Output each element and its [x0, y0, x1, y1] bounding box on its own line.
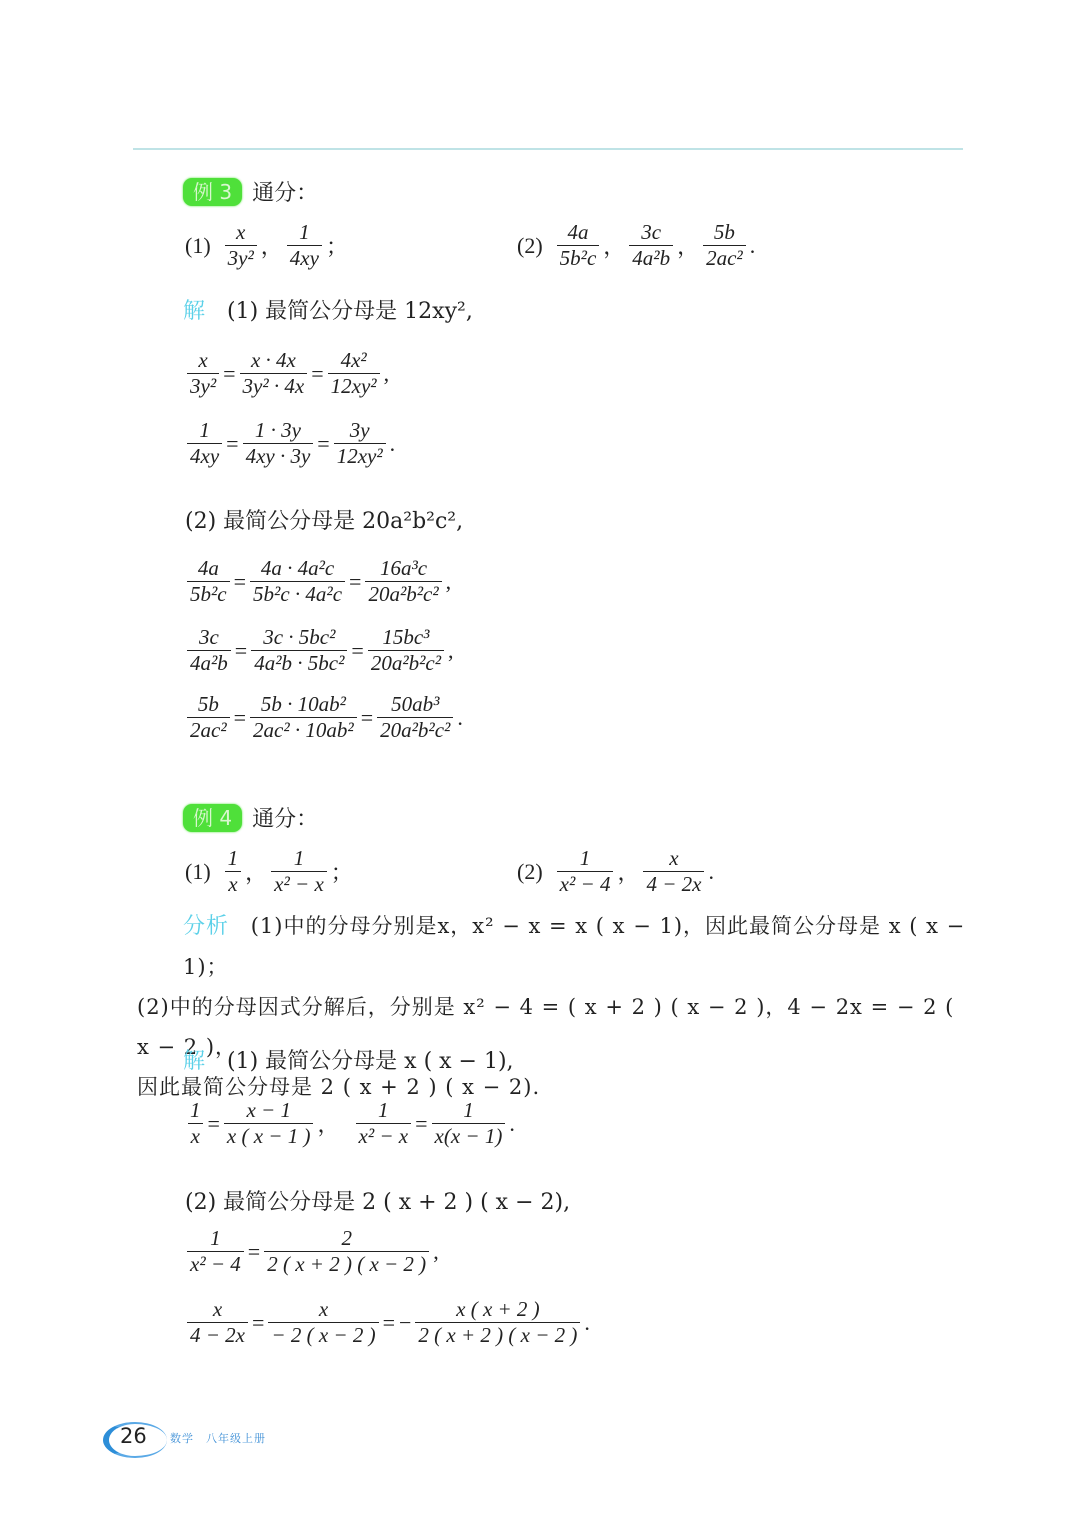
analysis-paragraph: 分析 (1)中的分母分别是x，x² − x = x ( x − 1)，因此最简公… [137, 906, 967, 1107]
example3-heading: 例 3 通分： [183, 176, 318, 207]
example3-solution2-intro: (2) 最简公分母是 20a²b²c², [185, 504, 463, 535]
example4-part2: (2) 1x² − 4 ， x4 − 2x . [515, 846, 716, 897]
example-title: 通分： [252, 802, 318, 833]
equation: 4a5b²c = 4a · 4a²c5b²c · 4a²c = 16a³c20a… [185, 556, 453, 607]
analysis-label: 分析 [183, 914, 229, 939]
fraction: 3c4a²b [629, 220, 673, 271]
example-badge: 例 3 [183, 178, 242, 206]
part-label: (1) [185, 233, 211, 259]
example3-part2: (2) 4a5b²c ， 3c4a²b ， 5b2ac² . [515, 220, 757, 271]
part-label: (2) [517, 233, 543, 259]
equation: 1x² − 4 = 22 ( x + 2 ) ( x − 2 ) , [185, 1226, 441, 1277]
part-label: (1) [185, 859, 211, 885]
example4-part1: (1) 1x ， 1x² − x ； [183, 846, 355, 897]
solution-label: 解 [183, 294, 205, 325]
fraction: 5b2ac² [703, 220, 746, 271]
example3-solution1-intro: 解 (1) 最简公分母是 12xy², [183, 294, 473, 325]
solution-text: (2) 最简公分母是 2 ( x + 2 ) ( x − 2), [185, 1185, 570, 1216]
example4-heading: 例 4 通分： [183, 802, 318, 833]
fraction: x3y² [225, 220, 257, 271]
example-title: 通分： [252, 176, 318, 207]
fraction: 14xy [287, 220, 322, 271]
solution-text: (2) 最简公分母是 20a²b²c², [185, 504, 463, 535]
page-number: 26 [120, 1424, 147, 1448]
solution-text: (1) 最简公分母是 12xy², [227, 294, 473, 325]
example-badge: 例 4 [183, 804, 242, 832]
equation: 1x = x − 1x ( x − 1 ) ， 1x² − x = 1x(x −… [185, 1098, 517, 1149]
equation: x3y² = x · 4x3y² · 4x = 4x²12xy² , [185, 348, 391, 399]
solution-text: (1) 最简公分母是 x ( x − 1), [227, 1044, 514, 1075]
book-title: 数学 八年级上册 [170, 1430, 266, 1446]
equation: x4 − 2x = x− 2 ( x − 2 ) = − x ( x + 2 )… [185, 1297, 592, 1348]
part-label: (2) [517, 859, 543, 885]
example4-solution1-intro: 解 (1) 最简公分母是 x ( x − 1), [183, 1044, 514, 1075]
equation: 3c4a²b = 3c · 5bc²4a²b · 5bc² = 15bc³20a… [185, 625, 456, 676]
example4-solution2-intro: (2) 最简公分母是 2 ( x + 2 ) ( x − 2), [185, 1185, 570, 1216]
solution-label: 解 [183, 1044, 205, 1075]
equation: 5b2ac² = 5b · 10ab²2ac² · 10ab² = 50ab³2… [185, 692, 465, 743]
equation: 14xy = 1 · 3y4xy · 3y = 3y12xy² . [185, 418, 397, 469]
example3-part1: (1) x3y² ， 14xy ； [183, 220, 350, 271]
fraction: 4a5b²c [557, 220, 600, 271]
header-rule [133, 148, 963, 150]
